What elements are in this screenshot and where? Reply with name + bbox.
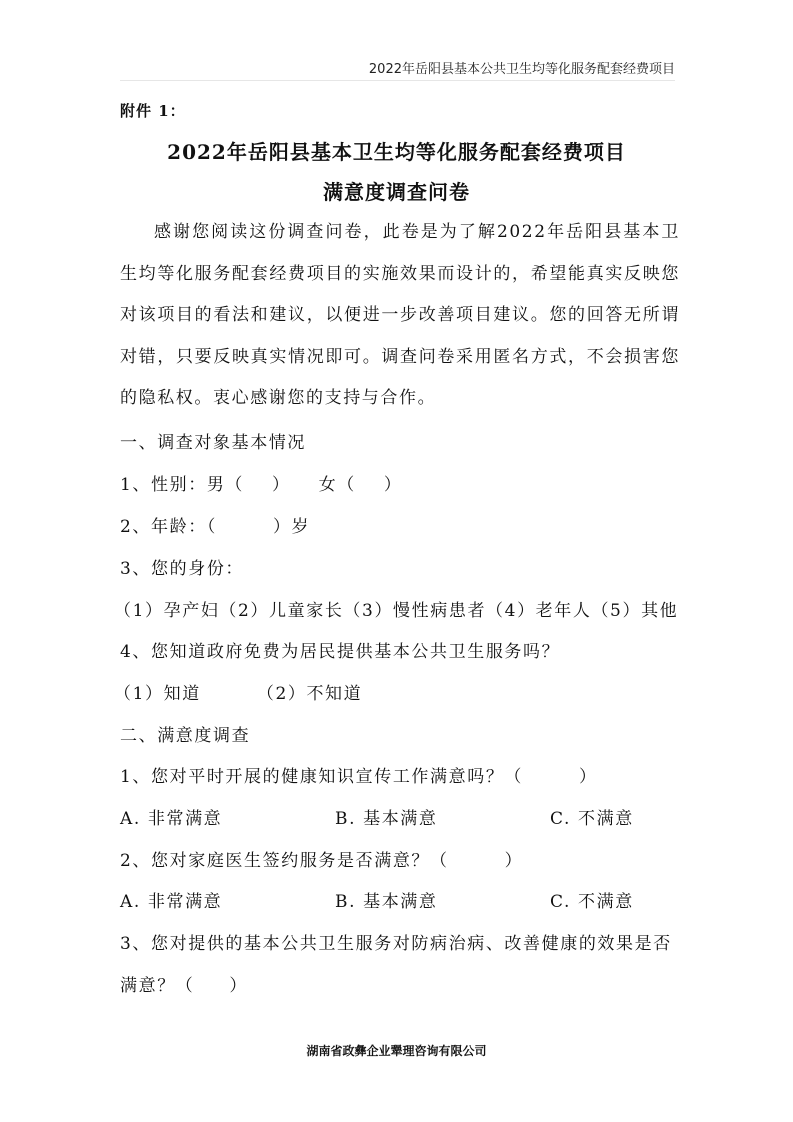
question-awareness: 4、您知道政府免费为居民提供基本公共卫生服务吗？ [120,637,690,662]
document-subtitle: 满意度调查问卷 [0,176,793,205]
satisfaction-question-3-line2: 满意？（ ） [120,971,690,996]
header-divider [120,80,675,81]
satisfaction-question-3-line1: 3、您对提供的基本公共卫生服务对防病治病、改善健康的效果是否 [120,929,690,954]
footer-company: 湖南省政彝企业犟理咨询有限公司 [0,1042,793,1059]
intro-paragraph: 感谢您阅读这份调查问卷，此卷是为了解2022年岳阳县基本卫生均等化服务配套经费项… [120,212,680,420]
option-basically-satisfied: B. 基本满意 [335,804,438,829]
question-gender: 1、性别：男（ ） 女（ ） [120,470,690,495]
question-age: 2、年龄：（ ）岁 [120,512,690,537]
document-title: 2022年岳阳县基本卫生均等化服务配套经费项目 [0,136,793,165]
awareness-options: （1）知道 （2）不知道 [114,679,684,704]
question-identity: 3、您的身份： [120,554,690,579]
option-very-satisfied: A. 非常满意 [120,804,222,829]
section-heading-basic-info: 一、调查对象基本情况 [120,428,690,453]
satisfaction-question-2: 2、您对家庭医生签约服务是否满意？（ ） [120,846,690,871]
attachment-label: 附件 1： [120,100,186,121]
section-heading-satisfaction: 二、满意度调查 [120,721,690,746]
option-dissatisfied: C. 不满意 [550,887,634,912]
option-very-satisfied: A. 非常满意 [120,887,222,912]
satisfaction-question-1: 1、您对平时开展的健康知识宣传工作满意吗？（ ） [120,762,690,787]
option-dissatisfied: C. 不满意 [550,804,634,829]
option-basically-satisfied: B. 基本满意 [335,887,438,912]
identity-options: （1）孕产妇（2）儿童家长（3）慢性病患者（4）老年人（5）其他 [114,596,684,621]
running-header: 2022年岳阳县基本公共卫生均等化服务配套经费项目 [120,58,675,81]
